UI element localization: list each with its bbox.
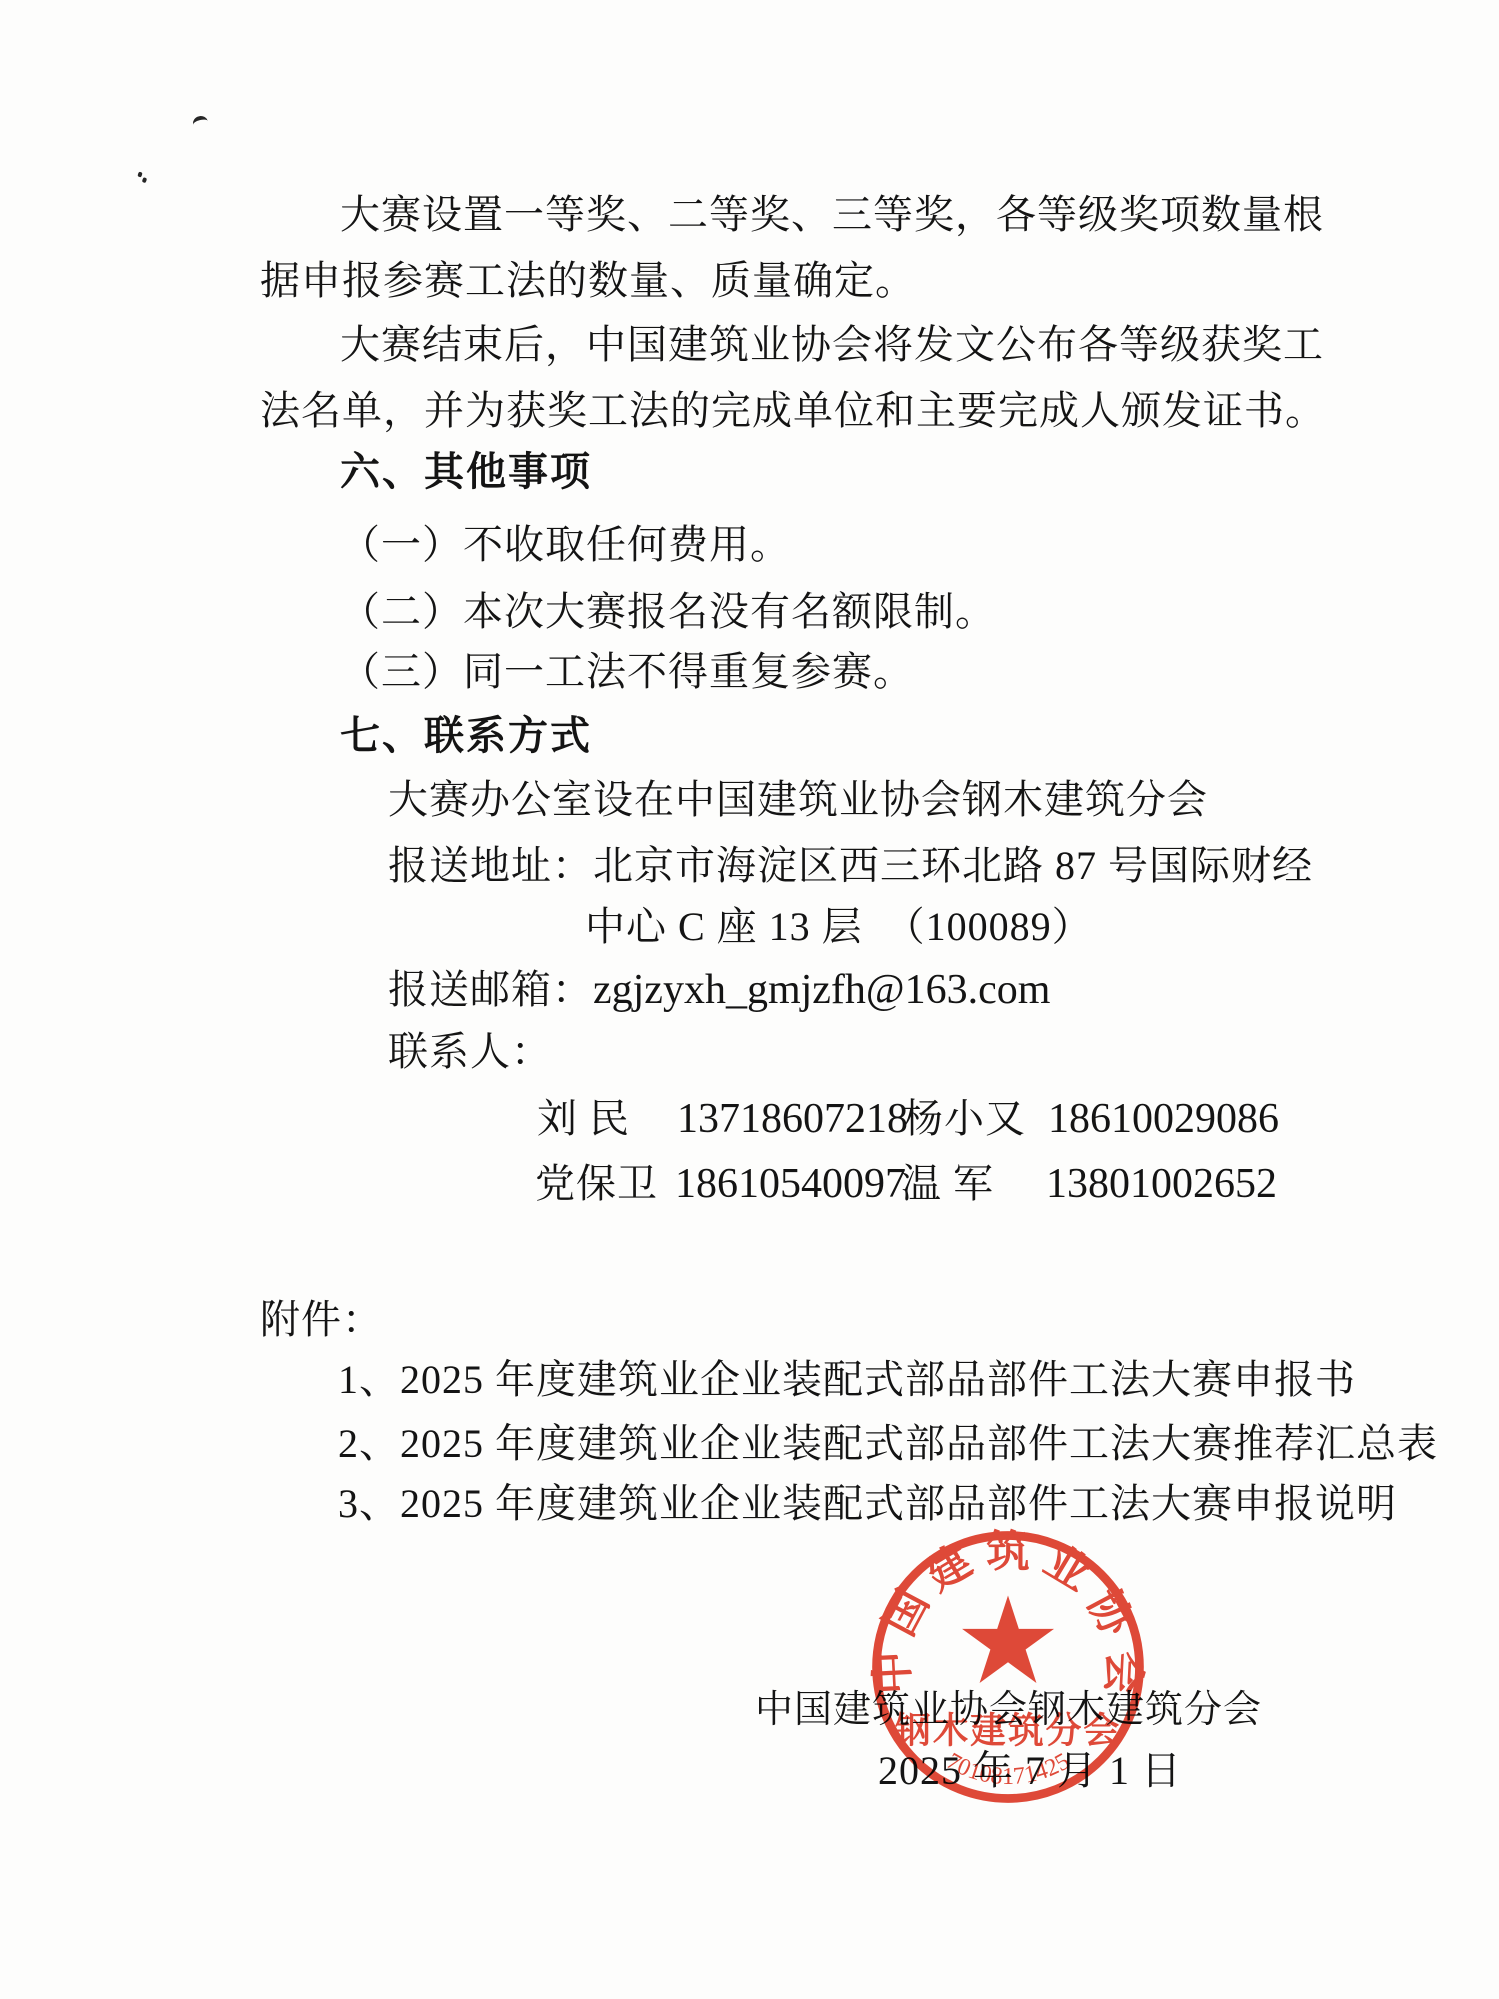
paragraph-awards-line2: 据申报参赛工法的数量、质量确定。 (260, 254, 916, 308)
paragraph-announce-line2: 法名单，并为获奖工法的完成单位和主要完成人颁发证书。 (260, 384, 1326, 438)
paragraph-awards-line1: 大赛设置一等奖、二等奖、三等奖，各等级奖项数量根 (340, 188, 1324, 242)
address-line1: 报送地址：北京市海淀区西三环北路 87 号国际财经 (388, 839, 1313, 893)
section-six-item-2: （二）本次大赛报名没有名额限制。 (340, 585, 996, 639)
paragraph-announce-line1: 大赛结束后，中国建筑业协会将发文公布各等级获奖工 (340, 318, 1324, 372)
contact-phone: 18610029086 (1048, 1092, 1279, 1146)
seal-banner-text: 钢木建筑分会 (895, 1710, 1121, 1750)
heading-section-seven: 七、联系方式 (340, 709, 592, 763)
section-six-item-3: （三）同一工法不得重复参赛。 (340, 645, 914, 699)
contact-phone: 18610540097 (675, 1157, 901, 1211)
contacts-row-1: 刘 民13718607218杨小又18610029086 (537, 1092, 1279, 1146)
contact-phone: 13718607218 (677, 1092, 903, 1146)
contact-phone: 13801002652 (1046, 1157, 1277, 1211)
address-label: 报送地址： (388, 843, 593, 888)
contact-name: 杨小又 (903, 1092, 1048, 1146)
address-line2: 中心 C 座 13 层 （100089） (585, 900, 1093, 954)
contact-name: 刘 民 (537, 1092, 677, 1146)
section-six-item-1: （一）不收取任何费用。 (340, 518, 791, 572)
attachment-item-1: 1、2025 年度建筑业企业装配式部品部件工法大赛申报书 (338, 1353, 1356, 1407)
heading-section-six: 六、其他事项 (340, 445, 592, 499)
scan-artifact (137, 172, 142, 178)
seal-serial-number: 70108171425 (942, 1747, 1074, 1790)
contacts-label: 联系人： (388, 1025, 552, 1079)
document-page: 大赛设置一等奖、二等奖、三等奖，各等级奖项数量根 据申报参赛工法的数量、质量确定… (0, 0, 1499, 1999)
email-line: 报送邮箱：zgjzyxh_gmjzfh@163.com (388, 963, 1050, 1017)
official-seal: 中国建筑业协会 钢木建筑分会 70108171425 (863, 1521, 1153, 1813)
contacts-row-2: 党保卫18610540097温 军13801002652 (535, 1157, 1277, 1211)
attachments-label: 附件： (260, 1293, 383, 1347)
seal-star-icon (962, 1595, 1054, 1682)
office-line: 大赛办公室设在中国建筑业协会钢木建筑分会 (388, 773, 1208, 827)
scan-artifact (192, 114, 210, 131)
contact-name: 党保卫 (535, 1157, 675, 1211)
email-value: zgjzyxh_gmjzfh@163.com (593, 967, 1050, 1013)
seal-serial-textpath: 70108171425 (942, 1747, 1074, 1790)
address-value-line1: 北京市海淀区西三环北路 87 号国际财经 (593, 843, 1313, 888)
contact-name: 温 军 (901, 1157, 1046, 1211)
email-label: 报送邮箱： (388, 967, 593, 1012)
attachment-item-2: 2、2025 年度建筑业企业装配式部品部件工法大赛推荐汇总表 (338, 1417, 1438, 1471)
